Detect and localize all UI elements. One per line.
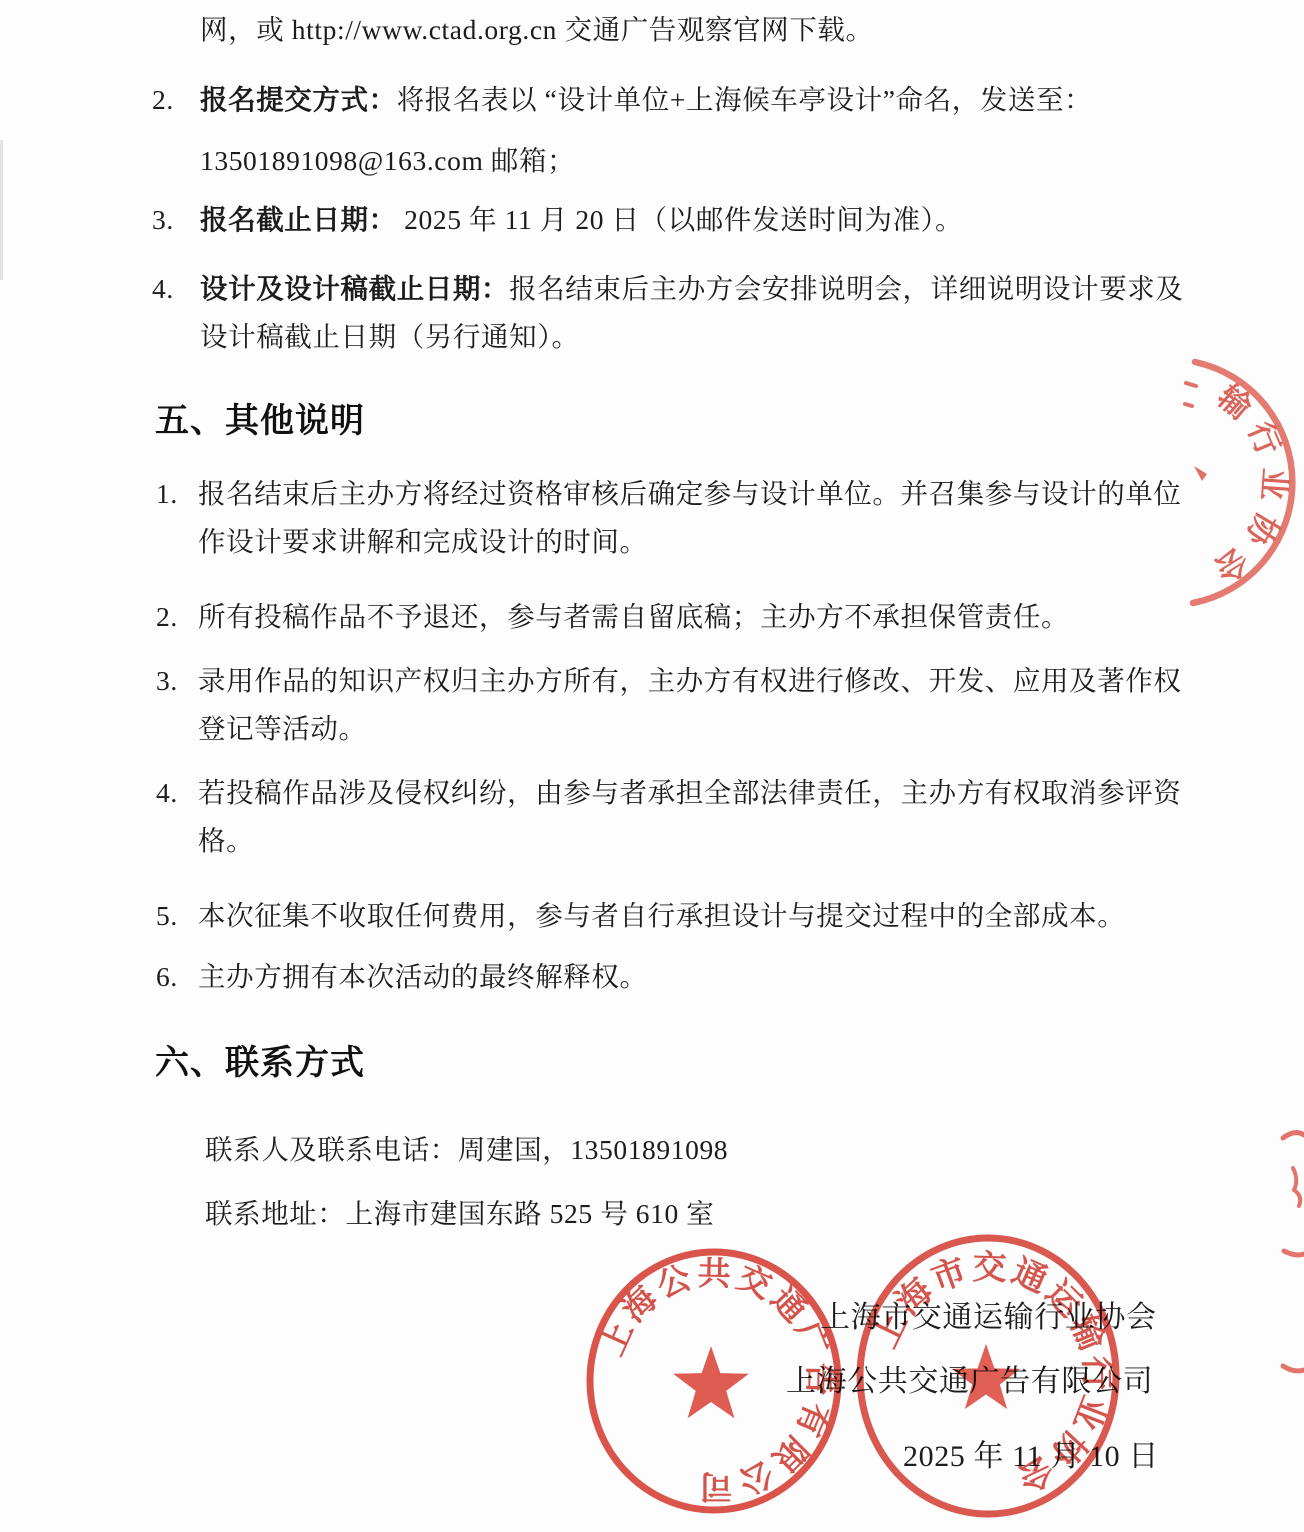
partial-seal-text-glyphs: 输行业协会 [1200, 377, 1293, 594]
list-item-line: 录用作品的知识产权归主办方所有，主办方有权进行修改、开发、应用及著作权 [198, 667, 1182, 695]
list-item-number: 5. [156, 902, 178, 930]
signature-org-2: 上海公共交通广告有限公司 [786, 1367, 1153, 1397]
list-item-line: 本次征集不收取任何费用，参与者自行承担设计与提交过程中的全部成本。 [198, 902, 1125, 930]
list-item-number: 3. [156, 667, 178, 695]
list-item-line: 登记等活动。 [198, 715, 367, 743]
list-item-number: 2. [156, 603, 178, 631]
partial-seal-ink-specks [1185, 383, 1196, 406]
ink-fragment [1283, 1133, 1304, 1138]
list-item-line: 格。 [198, 827, 254, 855]
list-item-label: 报名提交方式： [200, 84, 397, 115]
list-item-number: 3. [152, 206, 174, 234]
section-6-heading: 六、联系方式 [155, 1046, 365, 1080]
list-item-text: 将报名表以 “设计单位+上海候车亭设计”命名，发送至： [397, 84, 1093, 115]
contact-person-line: 联系人及联系电话：周建国，13501891098 [205, 1136, 728, 1164]
list-item-label: 报名截止日期： [200, 204, 397, 235]
list-item-text: 报名结束后主办方会安排说明会，详细说明设计要求及 [509, 273, 1183, 304]
list-item-number: 1. [156, 480, 178, 508]
ink-fragment [1284, 1251, 1304, 1255]
list-item-line: 设计及设计稿截止日期：报名结束后主办方会安排说明会，详细说明设计要求及 [200, 275, 1184, 303]
partial-seal-ink-mark [1194, 466, 1207, 481]
list-item-line: 设计稿截止日期（另行通知）。 [200, 323, 580, 351]
signature-date: 2025 年 11 月 10 日 [903, 1442, 1159, 1472]
ink-fragment [1293, 1168, 1300, 1206]
partial-seal-stamp: 输行业协会 [1185, 362, 1293, 603]
list-item-number: 4. [156, 779, 178, 807]
list-item-line: 报名结束后主办方将经过资格审核后确定参与设计单位。并召集参与设计的单位 [198, 480, 1182, 508]
signature-org-1: 上海市交通运输行业协会 [820, 1303, 1157, 1333]
list-item-label: 设计及设计稿截止日期： [200, 273, 509, 304]
ink-fragment [1283, 1366, 1304, 1371]
list-item-text: 2025 年 11 月 20 日（以邮件发送时间为准）。 [397, 204, 963, 235]
list-item-number: 2. [152, 86, 174, 114]
list-item-line: 报名提交方式：将报名表以 “设计单位+上海候车亭设计”命名，发送至： [200, 86, 1092, 114]
edge-ink-fragments [1283, 1133, 1304, 1371]
list-item-number: 6. [156, 963, 178, 991]
partial-seal-text: 输行业协会 [1200, 377, 1293, 594]
list-item-line: 13501891098@163.com 邮箱； [200, 147, 575, 175]
company-seal-star-icon [673, 1346, 749, 1418]
list-item-line: 若投稿作品涉及侵权纠纷，由参与者承担全部法律责任，主办方有权取消参评资 [198, 779, 1182, 807]
list-item-line: 报名截止日期： 2025 年 11 月 20 日（以邮件发送时间为准）。 [200, 206, 963, 234]
partial-seal-ring [1193, 362, 1292, 603]
list-item-line: 所有投稿作品不予退还，参与者需自留底稿；主办方不承担保管责任。 [198, 603, 1069, 631]
document-page: 网，或 http://www.ctad.org.cn 交通广告观察官网下载。 2… [0, 0, 1304, 1532]
list-item-number: 4. [152, 275, 174, 303]
list-item-line: 作设计要求讲解和完成设计的时间。 [198, 528, 648, 556]
intro-line-text: 网，或 http://www.ctad.org.cn 交通广告观察官网下载。 [200, 14, 874, 45]
contact-address-line: 联系地址：上海市建国东路 525 号 610 室 [205, 1200, 714, 1228]
list-item-line: 主办方拥有本次活动的最终解释权。 [198, 963, 648, 991]
section-5-heading: 五、其他说明 [155, 404, 365, 438]
scan-edge-artifact [0, 140, 3, 280]
intro-line: 网，或 http://www.ctad.org.cn 交通广告观察官网下载。 [200, 16, 874, 44]
